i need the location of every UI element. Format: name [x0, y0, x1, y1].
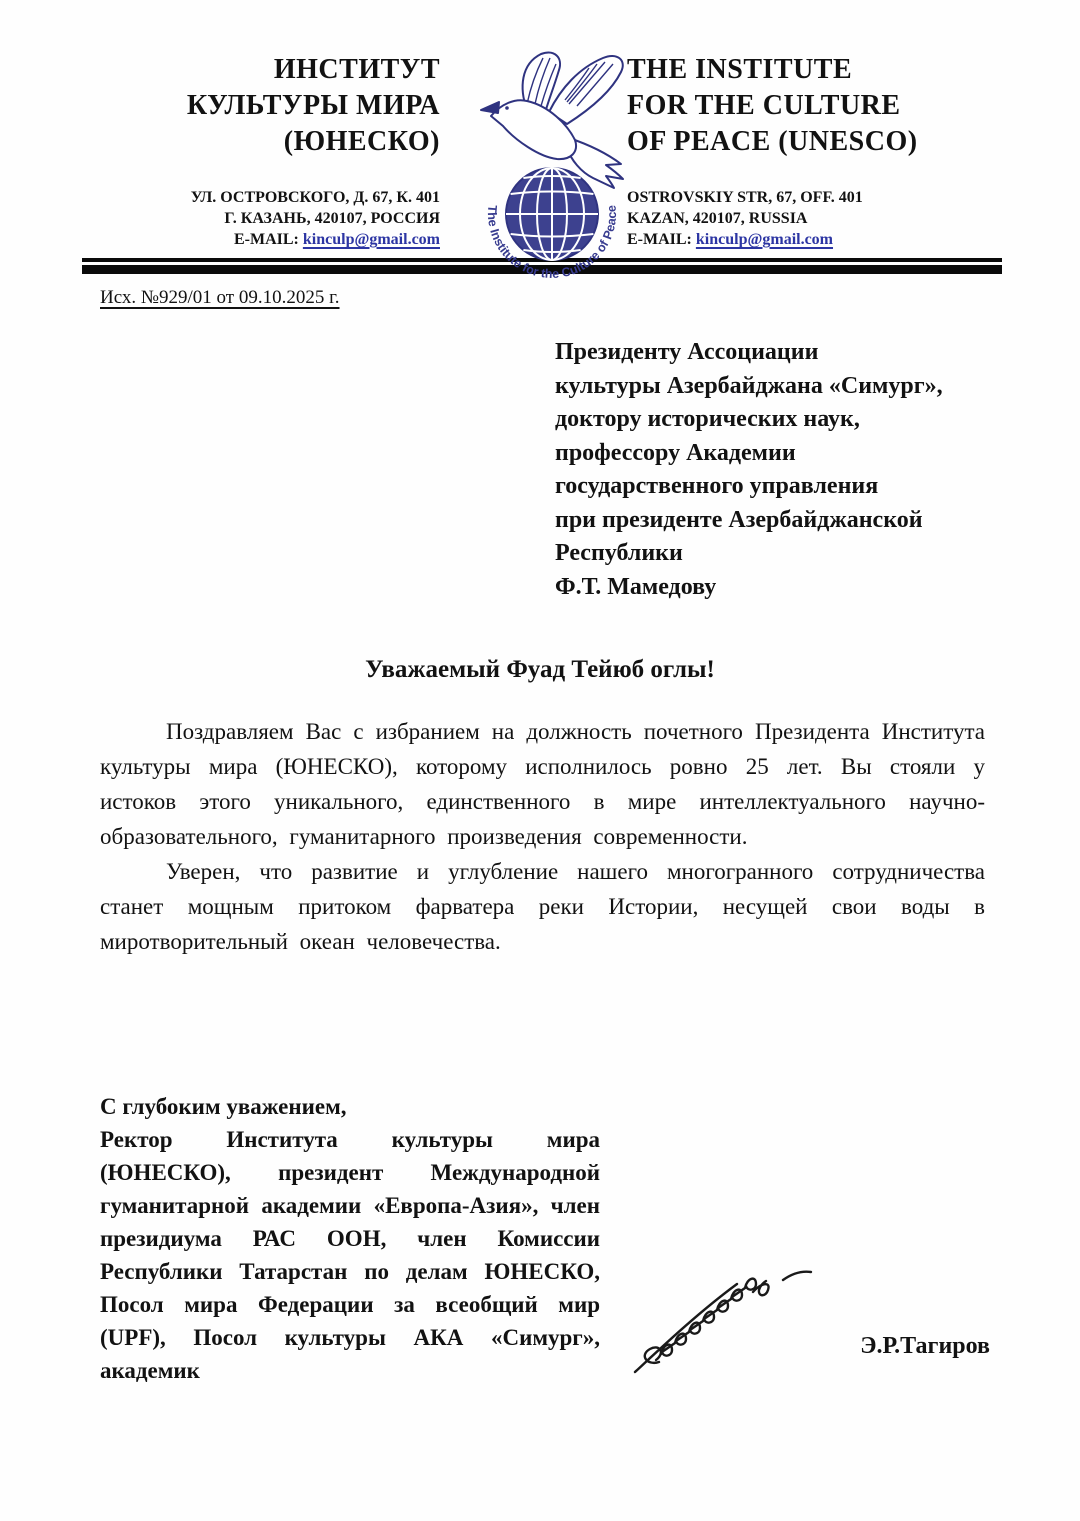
address-ru-line: УЛ. ОСТРОВСКОГО, Д. 67, К. 401 — [90, 187, 440, 208]
closing-block: С глубоким уважением, Ректор Института к… — [100, 1090, 600, 1387]
org-address-english: OSTROVSKIY STR, 67, OFF. 401 KAZAN, 4201… — [627, 187, 997, 250]
outgoing-reference-line: Исх. №929/01 от 09.10.2025 г. — [100, 287, 340, 309]
addressee-line: Президенту Ассоциации — [555, 336, 1000, 370]
addressee-line: Республики — [555, 537, 1000, 571]
org-title-en-line: THE INSTITUTE — [627, 52, 1027, 88]
org-title-en-line: OF PEACE (UNESCO) — [627, 124, 1027, 160]
body-paragraph-2: Уверен, что развитие и углубление нашего… — [100, 854, 985, 959]
email-row-ru: E-MAIL: kinculp@gmail.com — [90, 229, 440, 250]
signer-titles: Ректор Института культуры мира (ЮНЕСКО),… — [100, 1123, 600, 1387]
org-title-ru-line: (ЮНЕСКО) — [60, 124, 440, 160]
email-label: E-MAIL: — [234, 231, 299, 248]
closing-salutation: С глубоким уважением, — [100, 1090, 600, 1123]
letter-body: Поздравляем Вас с избранием на должность… — [100, 714, 985, 959]
email-link[interactable]: kinculp@gmail.com — [696, 231, 833, 248]
dove-globe-logo-icon: The Institute for the Culture of Peace — [455, 46, 645, 278]
org-title-en-line: FOR THE CULTURE — [627, 88, 1027, 124]
address-ru-line: Г. КАЗАНЬ, 420107, РОССИЯ — [90, 208, 440, 229]
addressee-block: Президенту Ассоциации культуры Азербайдж… — [555, 336, 1000, 604]
signer-name: Э.Р.Тагиров — [760, 1333, 990, 1360]
letter-page: ИНСТИТУТ КУЛЬТУРЫ МИРА (ЮНЕСКО) THE INST… — [0, 0, 1080, 1521]
org-address-russian: УЛ. ОСТРОВСКОГО, Д. 67, К. 401 Г. КАЗАНЬ… — [90, 187, 440, 250]
email-link[interactable]: kinculp@gmail.com — [303, 231, 440, 248]
address-en-line: OSTROVSKIY STR, 67, OFF. 401 — [627, 187, 997, 208]
addressee-line: доктору исторических наук, — [555, 403, 1000, 437]
institute-logo: The Institute for the Culture of Peace — [455, 46, 645, 273]
org-title-ru-line: ИНСТИТУТ — [60, 52, 440, 88]
org-title-english: THE INSTITUTE FOR THE CULTURE OF PEACE (… — [627, 52, 1027, 160]
salutation: Уважаемый Фуад Тейюб оглы! — [0, 656, 1080, 684]
email-row-en: E-MAIL: kinculp@gmail.com — [627, 229, 997, 250]
org-title-ru-line: КУЛЬТУРЫ МИРА — [60, 88, 440, 124]
globe-icon — [506, 168, 598, 260]
address-en-line: KAZAN, 420107, RUSSIA — [627, 208, 997, 229]
addressee-line: культуры Азербайджана «Симург», — [555, 370, 1000, 404]
addressee-line: государственного управления — [555, 470, 1000, 504]
body-paragraph-1: Поздравляем Вас с избранием на должность… — [100, 714, 985, 854]
org-title-russian: ИНСТИТУТ КУЛЬТУРЫ МИРА (ЮНЕСКО) — [60, 52, 440, 160]
addressee-line: профессору Академии — [555, 437, 1000, 471]
addressee-line: при президенте Азербайджанской — [555, 504, 1000, 538]
addressee-line: Ф.Т. Мамедову — [555, 571, 1000, 605]
